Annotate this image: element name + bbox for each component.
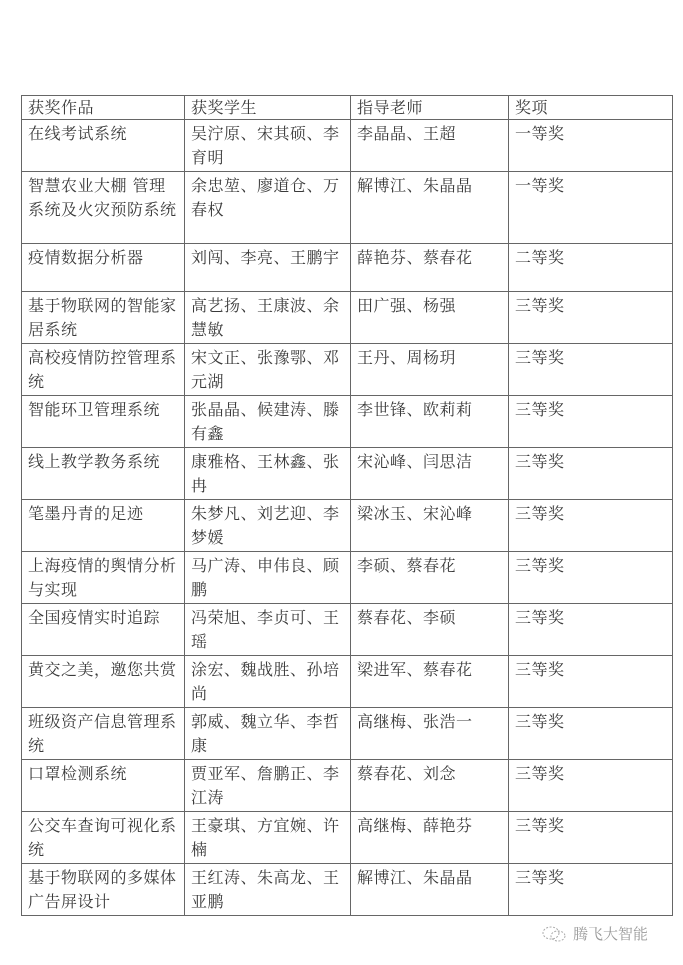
header-advisors: 指导老师 — [351, 96, 509, 120]
cell-award: 二等奖 — [509, 244, 673, 292]
table-row: 全国疫情实时追踪冯荣旭、李贞可、王瑶蔡春花、李硕三等奖 — [22, 604, 673, 656]
table-row: 智慧农业大棚 管理系统及火灾预防系统余忠堃、廖道仓、万春权解博江、朱晶晶一等奖 — [22, 172, 673, 244]
cell-students: 朱梦凡、刘艺迎、李梦媛 — [185, 500, 351, 552]
cell-advisors: 解博江、朱晶晶 — [351, 172, 509, 244]
cell-students: 张晶晶、候建涛、滕有鑫 — [185, 396, 351, 448]
cell-advisors: 王丹、周杨玥 — [351, 344, 509, 396]
cell-students: 马广涛、申伟良、顾鹏 — [185, 552, 351, 604]
cell-students: 吴泞原、宋其硕、李育明 — [185, 120, 351, 172]
cell-students: 涂宏、魏战胜、孙培尚 — [185, 656, 351, 708]
cell-students: 冯荣旭、李贞可、王瑶 — [185, 604, 351, 656]
table-row: 智能环卫管理系统张晶晶、候建涛、滕有鑫李世锋、欧莉莉三等奖 — [22, 396, 673, 448]
table-row: 黄交之美，邀您共赏涂宏、魏战胜、孙培尚梁进军、蔡春花三等奖 — [22, 656, 673, 708]
table-row: 公交车查询可视化系统王豪琪、方宜婉、许楠高继梅、薛艳芬三等奖 — [22, 812, 673, 864]
awards-table: 获奖作品 获奖学生 指导老师 奖项 在线考试系统吴泞原、宋其硕、李育明李晶晶、王… — [21, 95, 673, 916]
cell-work: 疫情数据分析器 — [22, 244, 185, 292]
cell-work: 口罩检测系统 — [22, 760, 185, 812]
cell-work: 黄交之美，邀您共赏 — [22, 656, 185, 708]
table-row: 口罩检测系统贾亚军、詹鹏正、李江涛蔡春花、刘念三等奖 — [22, 760, 673, 812]
table-row: 线上教学教务系统康雅格、王林鑫、张冉宋沁峰、闫思洁三等奖 — [22, 448, 673, 500]
table-row: 疫情数据分析器刘闯、李亮、王鹏宇薛艳芬、蔡春花二等奖 — [22, 244, 673, 292]
cell-work: 班级资产信息管理系统 — [22, 708, 185, 760]
table-row: 基于物联网的多媒体广告屏设计王红涛、朱高龙、王亚鹏解博江、朱晶晶三等奖 — [22, 864, 673, 916]
cell-work: 全国疫情实时追踪 — [22, 604, 185, 656]
cell-award: 三等奖 — [509, 760, 673, 812]
cell-students: 郭威、魏立华、李哲康 — [185, 708, 351, 760]
cell-advisors: 薛艳芬、蔡春花 — [351, 244, 509, 292]
cell-award: 三等奖 — [509, 292, 673, 344]
cell-advisors: 李世锋、欧莉莉 — [351, 396, 509, 448]
cell-award: 三等奖 — [509, 344, 673, 396]
header-award: 奖项 — [509, 96, 673, 120]
watermark-text: 腾飞大智能 — [573, 923, 648, 944]
cell-advisors: 宋沁峰、闫思洁 — [351, 448, 509, 500]
table-row: 基于物联网的智能家居系统高艺扬、王康波、余慧敏田广强、杨强三等奖 — [22, 292, 673, 344]
cell-students: 贾亚军、詹鹏正、李江涛 — [185, 760, 351, 812]
cell-work: 上海疫情的舆情分析与实现 — [22, 552, 185, 604]
cell-advisors: 高继梅、张浩一 — [351, 708, 509, 760]
cell-students: 王豪琪、方宜婉、许楠 — [185, 812, 351, 864]
cell-advisors: 蔡春花、刘念 — [351, 760, 509, 812]
cell-work: 笔墨丹青的足迹 — [22, 500, 185, 552]
cell-award: 三等奖 — [509, 396, 673, 448]
cell-award: 三等奖 — [509, 864, 673, 916]
cell-award: 三等奖 — [509, 552, 673, 604]
cell-award: 三等奖 — [509, 812, 673, 864]
cell-work: 基于物联网的智能家居系统 — [22, 292, 185, 344]
wechat-icon — [541, 925, 567, 943]
cell-award: 三等奖 — [509, 708, 673, 760]
cell-advisors: 李晶晶、王超 — [351, 120, 509, 172]
cell-work: 智能环卫管理系统 — [22, 396, 185, 448]
cell-advisors: 李硕、蔡春花 — [351, 552, 509, 604]
cell-advisors: 蔡春花、李硕 — [351, 604, 509, 656]
cell-award: 一等奖 — [509, 172, 673, 244]
header-work: 获奖作品 — [22, 96, 185, 120]
cell-advisors: 高继梅、薛艳芬 — [351, 812, 509, 864]
cell-work: 基于物联网的多媒体广告屏设计 — [22, 864, 185, 916]
cell-students: 刘闯、李亮、王鹏宇 — [185, 244, 351, 292]
cell-award: 三等奖 — [509, 448, 673, 500]
header-students: 获奖学生 — [185, 96, 351, 120]
cell-work: 公交车查询可视化系统 — [22, 812, 185, 864]
cell-award: 三等奖 — [509, 500, 673, 552]
cell-award: 三等奖 — [509, 604, 673, 656]
cell-students: 余忠堃、廖道仓、万春权 — [185, 172, 351, 244]
cell-advisors: 梁进军、蔡春花 — [351, 656, 509, 708]
cell-students: 王红涛、朱高龙、王亚鹏 — [185, 864, 351, 916]
table-row: 笔墨丹青的足迹朱梦凡、刘艺迎、李梦媛梁冰玉、宋沁峰三等奖 — [22, 500, 673, 552]
cell-advisors: 梁冰玉、宋沁峰 — [351, 500, 509, 552]
cell-students: 康雅格、王林鑫、张冉 — [185, 448, 351, 500]
cell-students: 宋文正、张豫鄂、邓元湖 — [185, 344, 351, 396]
cell-work: 智慧农业大棚 管理系统及火灾预防系统 — [22, 172, 185, 244]
cell-advisors: 田广强、杨强 — [351, 292, 509, 344]
watermark: 腾飞大智能 — [541, 923, 648, 944]
table-row: 在线考试系统吴泞原、宋其硕、李育明李晶晶、王超一等奖 — [22, 120, 673, 172]
table-header-row: 获奖作品 获奖学生 指导老师 奖项 — [22, 96, 673, 120]
cell-award: 一等奖 — [509, 120, 673, 172]
cell-award: 三等奖 — [509, 656, 673, 708]
table-row: 高校疫情防控管理系统宋文正、张豫鄂、邓元湖王丹、周杨玥三等奖 — [22, 344, 673, 396]
cell-work: 高校疫情防控管理系统 — [22, 344, 185, 396]
cell-advisors: 解博江、朱晶晶 — [351, 864, 509, 916]
table-row: 上海疫情的舆情分析与实现马广涛、申伟良、顾鹏李硕、蔡春花三等奖 — [22, 552, 673, 604]
cell-work: 线上教学教务系统 — [22, 448, 185, 500]
cell-students: 高艺扬、王康波、余慧敏 — [185, 292, 351, 344]
table-row: 班级资产信息管理系统郭威、魏立华、李哲康高继梅、张浩一三等奖 — [22, 708, 673, 760]
cell-work: 在线考试系统 — [22, 120, 185, 172]
